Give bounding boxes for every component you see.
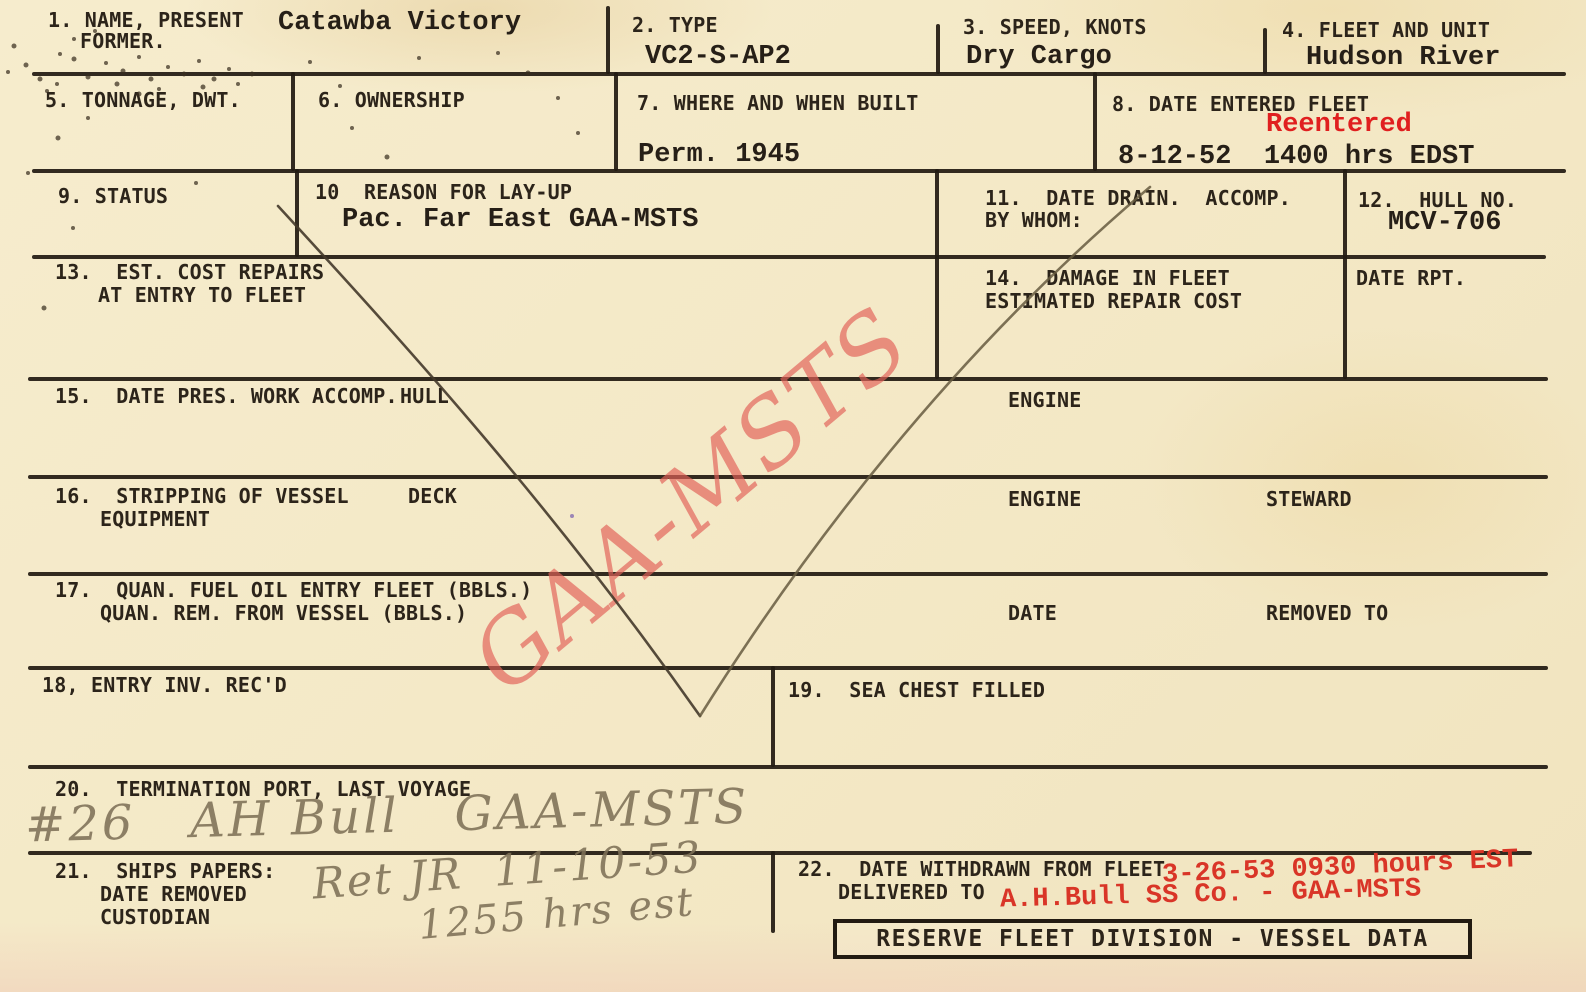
grid-line [1343,169,1347,379]
field-15-label: 15. DATE PRES. WORK ACCOMP. [55,384,398,408]
grid-line [295,169,299,257]
grid-line [606,6,610,74]
field-8-value: 8-12-52 1400 hrs EDST [1118,142,1474,172]
field-7-label: 7. WHERE AND WHEN BUILT [637,91,919,115]
field-1-label-former: FORMER. [80,29,166,53]
field-18-label: 18, ENTRY INV. REC'D [42,673,287,697]
field-15-hull-label: HULL [400,384,449,408]
field-5-label: 5. TONNAGE, DWT. [45,88,241,112]
grid-line [771,851,775,933]
red-pencil-scrawl-gaa-msts: GAA-MSTS [450,285,941,724]
field-9-label: 9. STATUS [58,184,168,208]
field-7-value: Perm. 1945 [638,140,800,170]
field-21-label3: CUSTODIAN [100,905,210,929]
field-17-removed-to-label: REMOVED TO [1266,601,1388,625]
field-16-label: 16. STRIPPING OF VESSEL [55,484,349,508]
grid-line [28,765,1548,769]
grid-line [1263,28,1267,74]
card-title: RESERVE FLEET DIVISION - VESSEL DATA [833,919,1472,959]
field-14-date-rpt-label: DATE RPT. [1356,266,1466,290]
grid-line [28,666,1548,670]
field-17-label: 17. QUAN. FUEL OIL ENTRY FLEET (BBLS.) [55,578,532,602]
field-11-label: 11. DATE DRAIN. ACCOMP. [985,186,1291,210]
field-2-value: VC2-S-AP2 [645,42,791,72]
field-12-value: MCV-706 [1388,208,1501,238]
field-3-label: 3. SPEED, KNOTS [963,15,1147,39]
field-8-reentered-stamp: Reentered [1266,110,1412,140]
vessel-data-card: 1. NAME, PRESENT FORMER. Catawba Victory… [0,0,1586,992]
field-15-engine-label: ENGINE [1008,388,1081,412]
field-4-value: Hudson River [1306,43,1500,73]
grid-line [614,72,618,171]
field-6-label: 6. OWNERSHIP [318,88,465,112]
field-10-value: Pac. Far East GAA-MSTS [342,205,698,235]
field-16-steward-label: STEWARD [1266,487,1352,511]
field-21-label2: DATE REMOVED [100,882,247,906]
field-22-label2: DELIVERED TO [838,880,985,904]
field-14-label: 14. DAMAGE IN FLEET [985,266,1230,290]
grid-line [935,169,939,379]
field-4-label: 4. FLEET AND UNIT [1282,18,1490,42]
field-1-value: Catawba Victory [278,8,521,38]
field-2-label: 2. TYPE [632,13,718,37]
field-19-label: 19. SEA CHEST FILLED [788,678,1045,702]
field-13-label: 13. EST. COST REPAIRS [55,260,324,284]
grid-line [32,255,1546,259]
field-16-label2: EQUIPMENT [100,507,210,531]
field-13-label2: AT ENTRY TO FLEET [98,283,306,307]
field-11-label-by-whom: BY WHOM: [985,208,1083,232]
grid-line [1093,72,1097,171]
field-10-label: 10 REASON FOR LAY-UP [315,180,572,204]
field-16-engine-label: ENGINE [1008,487,1081,511]
grid-line [28,572,1548,576]
grid-line [771,666,775,767]
field-17-date-label: DATE [1008,601,1057,625]
grid-line [936,24,940,74]
field-3-value: Dry Cargo [966,42,1112,72]
grid-line [291,72,295,171]
field-21-label: 21. SHIPS PAPERS: [55,859,275,883]
field-14-label2: ESTIMATED REPAIR COST [985,289,1242,313]
field-16-deck-label: DECK [408,484,457,508]
field-17-label2: QUAN. REM. FROM VESSEL (BBLS.) [100,601,467,625]
field-22-label: 22. DATE WITHDRAWN FROM FLEET [798,857,1165,881]
